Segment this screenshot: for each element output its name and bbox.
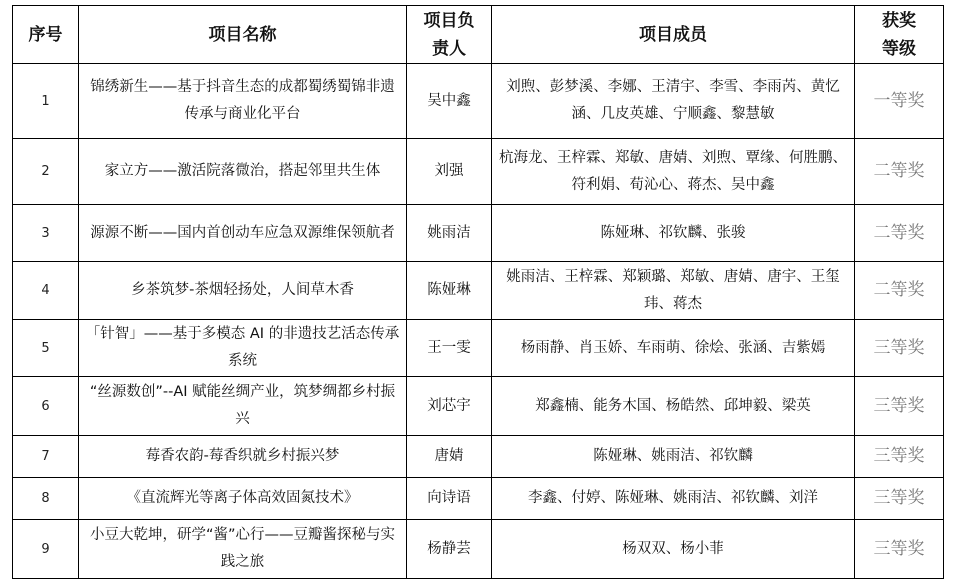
header-members: 项目成员	[492, 6, 855, 64]
cell-index: 3	[13, 205, 79, 262]
header-award-label: 获奖等级	[880, 7, 917, 63]
header-index: 序号	[13, 6, 79, 64]
cell-project-name: 小豆大乾坤，研学“酱”心行——豆瓣酱探秘与实践之旅	[79, 520, 407, 579]
table-row: 9 小豆大乾坤，研学“酱”心行——豆瓣酱探秘与实践之旅 杨静芸 杨双双、杨小菲 …	[13, 520, 944, 579]
header-leader: 项目负责人	[407, 6, 492, 64]
cell-members: 郑鑫楠、能务木国、杨皓然、邱坤毅、梁英	[492, 377, 855, 436]
cell-members: 陈娅琳、祁钦麟、张骏	[492, 205, 855, 262]
cell-award: 三等奖	[855, 520, 944, 579]
cell-index: 7	[13, 436, 79, 478]
cell-leader: 刘强	[407, 139, 492, 205]
awards-table: 序号 项目名称 项目负责人 项目成员 获奖等级 1 锦绣新生——基于抖音生态的成…	[12, 5, 944, 579]
cell-leader: 向诗语	[407, 478, 492, 520]
cell-members: 陈娅琳、姚雨洁、祁钦麟	[492, 436, 855, 478]
cell-project-name: 锦绣新生——基于抖音生态的成都蜀绣蜀锦非遗传承与商业化平台	[79, 64, 407, 139]
cell-members: 杨双双、杨小菲	[492, 520, 855, 579]
table-row: 2 家立方——激活院落微治，搭起邻里共生体 刘强 杭海龙、王梓霖、郑敏、唐婧、刘…	[13, 139, 944, 205]
cell-index: 6	[13, 377, 79, 436]
cell-index: 8	[13, 478, 79, 520]
cell-award: 三等奖	[855, 436, 944, 478]
table-row: 4 乡茶筑梦-茶烟轻扬处，人间草木香 陈娅琳 姚雨洁、王梓霖、郑颖璐、郑敏、唐婧…	[13, 262, 944, 320]
header-award-level: 获奖等级	[855, 6, 944, 64]
table-row: 6 “丝源数创”--AI 赋能丝绸产业，筑梦绸都乡村振兴 刘芯宇 郑鑫楠、能务木…	[13, 377, 944, 436]
table-row: 1 锦绣新生——基于抖音生态的成都蜀绣蜀锦非遗传承与商业化平台 吴中鑫 刘煦、彭…	[13, 64, 944, 139]
cell-members: 李鑫、付婷、陈娅琳、姚雨洁、祁钦麟、刘洋	[492, 478, 855, 520]
cell-members: 杨雨静、肖玉娇、车雨萌、徐烩、张涵、吉紫嫣	[492, 320, 855, 377]
cell-index: 1	[13, 64, 79, 139]
cell-leader: 吴中鑫	[407, 64, 492, 139]
cell-project-name: 乡茶筑梦-茶烟轻扬处，人间草木香	[79, 262, 407, 320]
cell-leader: 姚雨洁	[407, 205, 492, 262]
table-row: 8 《直流辉光等离子体高效固氮技术》 向诗语 李鑫、付婷、陈娅琳、姚雨洁、祁钦麟…	[13, 478, 944, 520]
cell-index: 4	[13, 262, 79, 320]
cell-leader: 杨静芸	[407, 520, 492, 579]
table-row: 3 源源不断——国内首创动车应急双源维保领航者 姚雨洁 陈娅琳、祁钦麟、张骏 二…	[13, 205, 944, 262]
cell-members: 刘煦、彭梦溪、李娜、王清宇、李雪、李雨芮、黄忆涵、几皮英雄、宁顺鑫、黎慧敏	[492, 64, 855, 139]
table-row: 7 莓香农韵-莓香织就乡村振兴梦 唐婧 陈娅琳、姚雨洁、祁钦麟 三等奖	[13, 436, 944, 478]
cell-leader: 王一雯	[407, 320, 492, 377]
cell-leader: 陈娅琳	[407, 262, 492, 320]
cell-award: 二等奖	[855, 205, 944, 262]
cell-members: 姚雨洁、王梓霖、郑颖璐、郑敏、唐婧、唐宇、王玺玮、蒋杰	[492, 262, 855, 320]
header-leader-label: 项目负责人	[422, 7, 476, 63]
cell-project-name: “丝源数创”--AI 赋能丝绸产业，筑梦绸都乡村振兴	[79, 377, 407, 436]
cell-index: 2	[13, 139, 79, 205]
cell-project-name: 《直流辉光等离子体高效固氮技术》	[79, 478, 407, 520]
table-row: 5 「针智」——基于多模态 AI 的非遗技艺活态传承系统 王一雯 杨雨静、肖玉娇…	[13, 320, 944, 377]
cell-members: 杭海龙、王梓霖、郑敏、唐婧、刘煦、覃缘、何胜鹏、符利娟、荀沁心、蒋杰、吴中鑫	[492, 139, 855, 205]
cell-award: 二等奖	[855, 262, 944, 320]
cell-index: 5	[13, 320, 79, 377]
cell-award: 三等奖	[855, 320, 944, 377]
cell-project-name: 源源不断——国内首创动车应急双源维保领航者	[79, 205, 407, 262]
cell-project-name: 家立方——激活院落微治，搭起邻里共生体	[79, 139, 407, 205]
cell-index: 9	[13, 520, 79, 579]
cell-award: 二等奖	[855, 139, 944, 205]
header-row: 序号 项目名称 项目负责人 项目成员 获奖等级	[13, 6, 944, 64]
cell-project-name: 「针智」——基于多模态 AI 的非遗技艺活态传承系统	[79, 320, 407, 377]
cell-project-name: 莓香农韵-莓香织就乡村振兴梦	[79, 436, 407, 478]
cell-leader: 刘芯宇	[407, 377, 492, 436]
header-project-name: 项目名称	[79, 6, 407, 64]
cell-award: 一等奖	[855, 64, 944, 139]
cell-leader: 唐婧	[407, 436, 492, 478]
cell-award: 三等奖	[855, 478, 944, 520]
cell-award: 三等奖	[855, 377, 944, 436]
